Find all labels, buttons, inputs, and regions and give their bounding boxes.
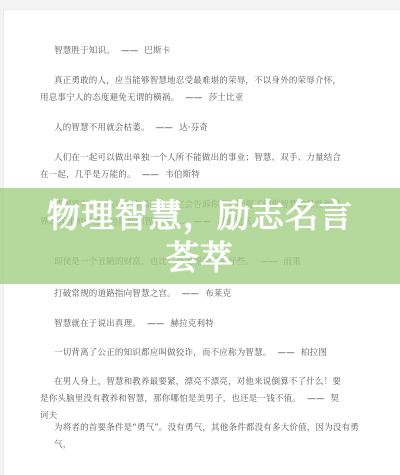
quote-dash: ——: [182, 289, 199, 299]
quote-dash: ——: [121, 46, 138, 56]
quote-author: 巴斯卡: [144, 46, 170, 56]
quote-item: 真正勇敢的人，应当能够智慧地忍受最难堪的荣辱，不以身外的荣辱介怀，用息事宁人的态…: [40, 73, 344, 107]
quote-author: 赫拉克利特: [170, 319, 214, 329]
quote-dash: ——: [307, 394, 324, 404]
quote-dash: ——: [156, 123, 173, 133]
quote-item: 智慧胜于知识。——巴斯卡: [54, 43, 354, 60]
quote-item: 智慧就在于说出真理。——赫拉克利特: [54, 316, 354, 333]
quote-text: 为将者的首要条件是“勇气”。没有勇气，其他条件都没有多大价值，因为没有勇气，: [54, 423, 359, 450]
quote-author: 达·芬奇: [179, 123, 208, 133]
quote-item: 在男人身上，智慧和教养最要紧，漂亮不漂亮，对他来说倒算不了什么！要是你头脑里没有…: [40, 374, 344, 425]
quote-item: 人的智慧不用就会枯萎。——达·芬奇: [54, 120, 354, 137]
page-title: 物理智慧，励志名言荟萃: [0, 195, 400, 279]
quote-author: 柏拉图: [301, 348, 327, 358]
quote-text: 智慧就在于说出真理。: [54, 319, 141, 329]
quote-text: 在男人身上，智慧和教养最要紧，漂亮不漂亮，对他来说倒算不了什么！要是你头脑里没有…: [40, 377, 341, 404]
quote-item: 人们在一起可以做出单独一个人所不能做出的事业；智慧、双手、力量结合在一起，几乎是…: [40, 150, 344, 184]
quote-dash: ——: [142, 170, 159, 180]
quote-text: 一切背离了公正的知识都应叫做狡诈，而不应称为智慧。: [54, 348, 272, 358]
quote-author: 韦伯斯特: [165, 170, 200, 180]
quote-text: 打破常规的道路指向智慧之宫。: [54, 289, 176, 299]
quote-item: 一切背离了公正的知识都应叫做狡诈，而不应称为智慧。——柏拉图: [54, 345, 374, 362]
quote-author: 莎士比亚: [209, 93, 244, 103]
quote-item: 为将者的首要条件是“勇气”。没有勇气，其他条件都没有多大价值，因为没有勇气，: [54, 420, 364, 454]
quote-dash: ——: [147, 319, 164, 329]
quote-dash: ——: [278, 348, 295, 358]
quote-dash: ——: [185, 93, 202, 103]
quote-text: 智慧胜于知识。: [54, 46, 115, 56]
quote-author: 布莱克: [205, 289, 231, 299]
quote-text: 人的智慧不用就会枯萎。: [54, 123, 150, 133]
quote-item: 打破常规的道路指向智慧之宫。——布莱克: [54, 286, 354, 303]
